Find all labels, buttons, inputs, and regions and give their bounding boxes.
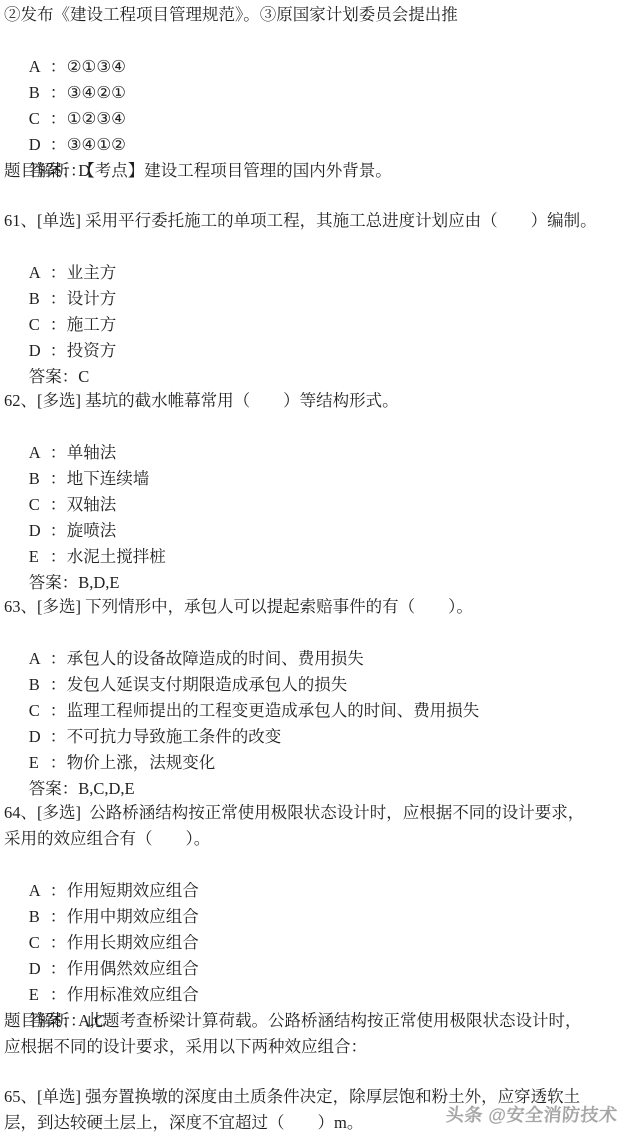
question-block-61: 61、[单选] 采用平行委托施工的单项工程，其施工总进度计划应由（ ）编制。 A… <box>4 208 616 364</box>
option-separator: ： <box>50 544 67 570</box>
option-row-a: A：承包人的设备故障造成的时间、费用损失 <box>4 620 616 646</box>
option-label: B <box>29 80 50 106</box>
option-label: C <box>29 930 50 956</box>
answer-value: C <box>78 367 89 386</box>
option-separator: ： <box>50 80 67 106</box>
option-label: C <box>29 698 50 724</box>
option-label: C <box>29 106 50 132</box>
option-text: 地下连续墙 <box>67 466 150 492</box>
option-row-a: A：作用短期效应组合 <box>4 852 616 878</box>
exam-document: ②发布《建设工程项目管理规范》。③原国家计划委员会提出推 A：②①③④ B：③④… <box>0 0 618 1136</box>
option-separator: ： <box>50 646 67 672</box>
option-separator: ： <box>50 904 67 930</box>
option-label: D <box>29 132 50 158</box>
analysis-line: 题目解析：【考点】建设工程项目管理的国内外背景。 <box>4 158 616 184</box>
option-text: ③④②① <box>67 80 126 106</box>
option-text: 施工方 <box>67 312 117 338</box>
option-label: E <box>29 982 50 1008</box>
option-separator: ： <box>50 106 67 132</box>
option-text: 投资方 <box>67 338 117 364</box>
option-label: A <box>29 878 50 904</box>
question-stem: ②发布《建设工程项目管理规范》。③原国家计划委员会提出推 <box>4 2 616 28</box>
option-separator: ： <box>50 878 67 904</box>
option-separator: ： <box>50 750 67 776</box>
option-label: E <box>29 544 50 570</box>
option-text: 业主方 <box>67 260 117 286</box>
option-text: 旋喷法 <box>67 518 117 544</box>
toutiao-watermark: 头条 @安全消防技术 <box>445 1101 618 1127</box>
option-separator: ： <box>50 132 67 158</box>
option-label: B <box>29 466 50 492</box>
option-label: D <box>29 338 50 364</box>
option-label: B <box>29 286 50 312</box>
option-label: A <box>29 646 50 672</box>
answer-label: 答案： <box>29 779 79 798</box>
option-text: ①②③④ <box>67 106 126 132</box>
answer-label: 答案： <box>29 573 79 592</box>
question-stem: 64、[多选] 公路桥涵结构按正常使用极限状态设计时，应根据不同的设计要求， <box>4 800 616 826</box>
question-block-64: 64、[多选] 公路桥涵结构按正常使用极限状态设计时，应根据不同的设计要求， 采… <box>4 800 616 1060</box>
answer-label: 答案： <box>29 367 79 386</box>
question-stem: 62、[多选] 基坑的截水帷幕常用（ ）等结构形式。 <box>4 388 616 414</box>
question-block-60-continuation: ②发布《建设工程项目管理规范》。③原国家计划委员会提出推 A：②①③④ B：③④… <box>4 2 616 184</box>
option-row-a: A：②①③④ <box>4 28 616 54</box>
question-block-62: 62、[多选] 基坑的截水帷幕常用（ ）等结构形式。 A：单轴法 B：地下连续墙… <box>4 388 616 570</box>
option-separator: ： <box>50 724 67 750</box>
option-label: D <box>29 956 50 982</box>
option-text: ②①③④ <box>67 54 126 80</box>
option-label: E <box>29 750 50 776</box>
option-label: B <box>29 672 50 698</box>
option-text: 设计方 <box>67 286 117 312</box>
option-separator: ： <box>50 338 67 364</box>
option-separator: ： <box>50 492 67 518</box>
option-text: 作用中期效应组合 <box>67 904 199 930</box>
option-label: D <box>29 518 50 544</box>
option-separator: ： <box>50 466 67 492</box>
option-text: 作用长期效应组合 <box>67 930 199 956</box>
option-label: A <box>29 440 50 466</box>
option-text: 双轴法 <box>67 492 117 518</box>
option-label: B <box>29 904 50 930</box>
question-block-63: 63、[多选] 下列情形中，承包人可以提起索赔事件的有（ ）。 A：承包人的设备… <box>4 594 616 776</box>
option-text: 不可抗力导致施工条件的改变 <box>67 724 282 750</box>
option-text: 作用短期效应组合 <box>67 878 199 904</box>
question-stem: 61、[单选] 采用平行委托施工的单项工程，其施工总进度计划应由（ ）编制。 <box>4 208 616 234</box>
option-text: 单轴法 <box>67 440 117 466</box>
analysis-line-2: 应根据不同的设计要求，采用以下两种效应组合： <box>4 1034 616 1060</box>
answer-value: B,C,D,E <box>78 779 134 798</box>
option-row-a: A：业主方 <box>4 234 616 260</box>
question-stem-line2: 采用的效应组合有（ ）。 <box>4 826 616 852</box>
option-separator: ： <box>50 672 67 698</box>
question-stem: 63、[多选] 下列情形中，承包人可以提起索赔事件的有（ ）。 <box>4 594 616 620</box>
option-label: D <box>29 724 50 750</box>
option-label: C <box>29 312 50 338</box>
option-label: A <box>29 54 50 80</box>
option-separator: ： <box>50 930 67 956</box>
option-separator: ： <box>50 518 67 544</box>
option-label: C <box>29 492 50 518</box>
option-separator: ： <box>50 312 67 338</box>
option-separator: ： <box>50 698 67 724</box>
option-text: 水泥土搅拌桩 <box>67 544 166 570</box>
option-separator: ： <box>50 286 67 312</box>
option-label: A <box>29 260 50 286</box>
option-separator: ： <box>50 260 67 286</box>
option-text: 承包人的设备故障造成的时间、费用损失 <box>67 646 364 672</box>
option-separator: ： <box>50 54 67 80</box>
option-text: 作用偶然效应组合 <box>67 956 199 982</box>
option-text: 物价上涨，法规变化 <box>67 750 216 776</box>
option-separator: ： <box>50 982 67 1008</box>
option-text: 发包人延误支付期限造成承包人的损失 <box>67 672 348 698</box>
option-separator: ： <box>50 956 67 982</box>
option-row-a: A：单轴法 <box>4 414 616 440</box>
option-text: 作用标准效应组合 <box>67 982 199 1008</box>
option-text: 监理工程师提出的工程变更造成承包人的时间、费用损失 <box>67 698 480 724</box>
answer-value: B,D,E <box>78 573 119 592</box>
option-text: ③④①② <box>67 132 126 158</box>
analysis-line: 题目解析：此题考查桥梁计算荷载。公路桥涵结构按正常使用极限状态设计时， <box>4 1008 616 1034</box>
option-separator: ： <box>50 440 67 466</box>
